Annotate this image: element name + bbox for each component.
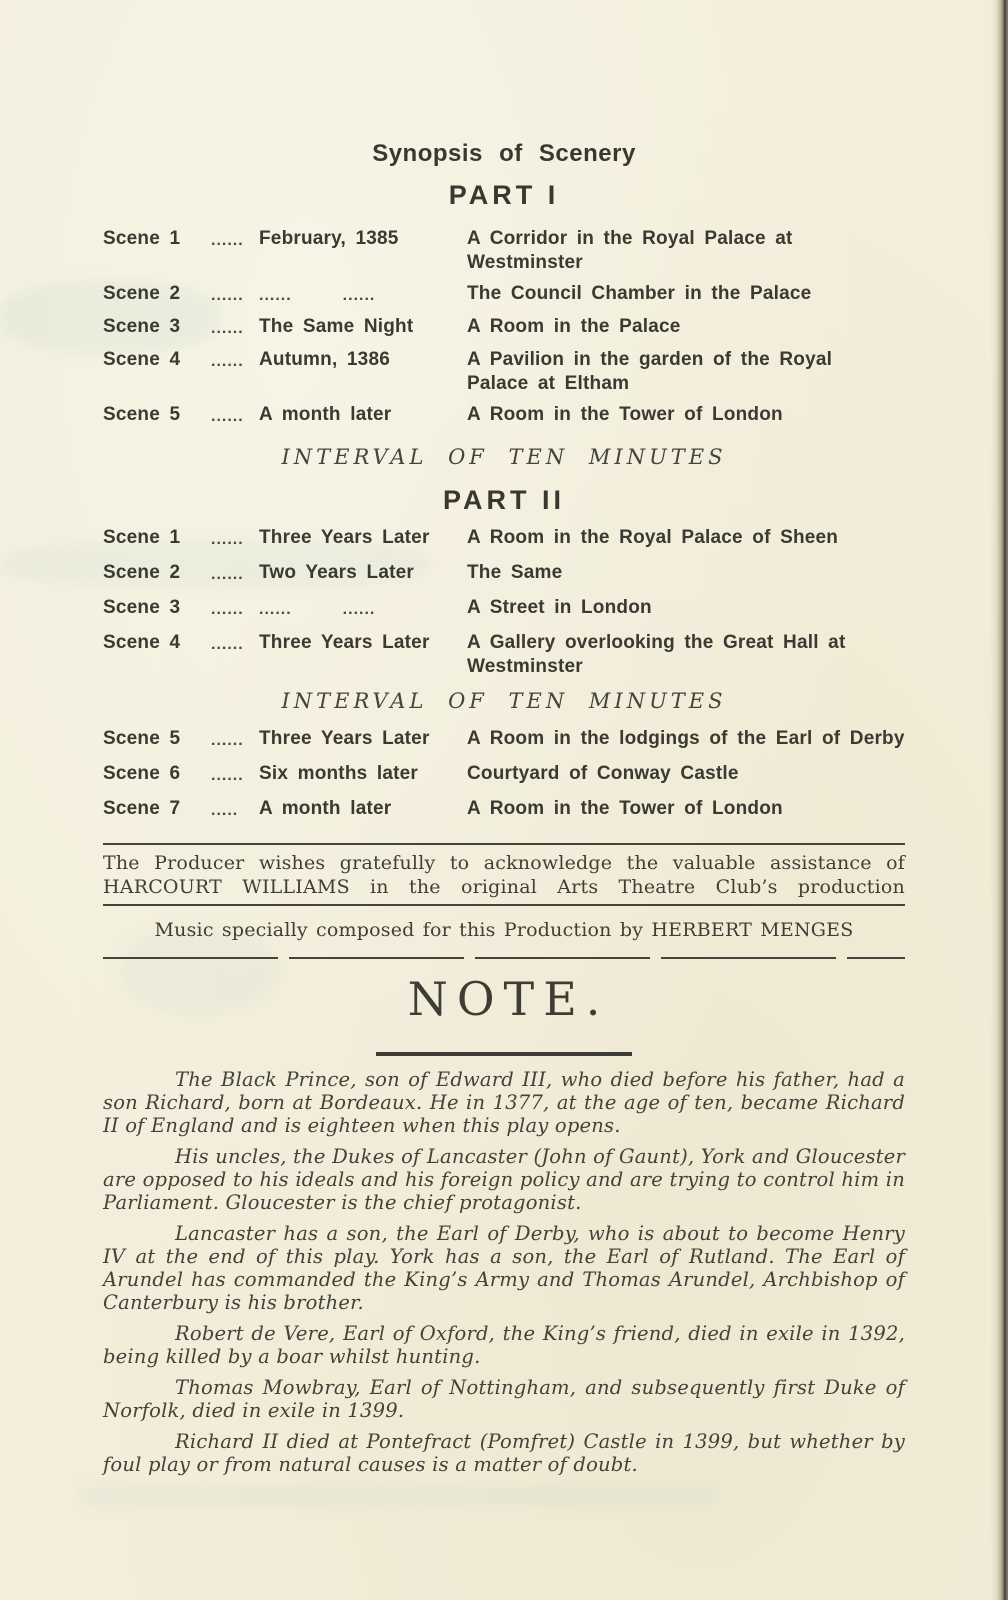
scene-time: Three Years Later (259, 631, 467, 679)
scene-label: Scene 7 (103, 797, 211, 823)
scene-location: The Council Chamber in the Palace (467, 282, 905, 308)
interval-text: INTERVAL OF TEN MINUTES (103, 445, 905, 469)
divider-rule (103, 843, 905, 845)
acknowledgement-text: The Producer wishes gratefully to acknow… (103, 851, 905, 899)
table-row: Scene 2 ...... Two Years Later The Same (103, 561, 905, 587)
note-paragraph: Lancaster has a son, the Earl of Derby, … (103, 1222, 905, 1314)
scene-time: Three Years Later (259, 526, 467, 552)
part2-scene-table: Scene 1 ...... Three Years Later A Room … (103, 526, 905, 679)
page-title: Synopsis of Scenery (103, 142, 905, 166)
leader-dots: ...... (211, 727, 259, 753)
note-paragraph: Robert de Vere, Earl of Oxford, the King… (103, 1322, 905, 1368)
scene-time: A month later (259, 403, 467, 429)
scene-time: The Same Night (259, 315, 467, 341)
table-row: Scene 1 ...... February, 1385 A Corridor… (103, 227, 905, 275)
scene-time: February, 1385 (259, 227, 467, 275)
page-showthrough-mark (80, 1488, 720, 1504)
part1-heading: PART I (103, 182, 905, 209)
note-paragraph: Thomas Mowbray, Earl of Nottingham, and … (103, 1376, 905, 1422)
leader-dots: ...... (211, 282, 259, 308)
scene-time: ...... ...... (259, 596, 467, 622)
leader-dots: ...... (211, 227, 259, 275)
table-row: Scene 5 ...... Three Years Later A Room … (103, 727, 905, 753)
part2-scene-table-continued: Scene 5 ...... Three Years Later A Room … (103, 727, 905, 823)
scene-label: Scene 4 (103, 348, 211, 396)
leader-dots: ...... (211, 596, 259, 622)
scene-label: Scene 1 (103, 227, 211, 275)
scene-label: Scene 3 (103, 596, 211, 622)
leader-dots: ..... (211, 797, 259, 823)
scene-label: Scene 6 (103, 762, 211, 788)
table-row: Scene 7 ..... A month later A Room in th… (103, 797, 905, 823)
divider-rule-dashed (103, 957, 905, 959)
scene-location: A Gallery overlooking the Great Hall at … (467, 631, 905, 679)
scene-label: Scene 3 (103, 315, 211, 341)
scene-location: A Corridor in the Royal Palace at Westmi… (467, 227, 905, 275)
table-row: Scene 4 ...... Three Years Later A Galle… (103, 631, 905, 679)
table-row: Scene 3 ...... ...... ...... A Street in… (103, 596, 905, 622)
scene-location: A Pavilion in the garden of the Royal Pa… (467, 348, 905, 396)
scene-label: Scene 2 (103, 282, 211, 308)
scene-time: Three Years Later (259, 727, 467, 753)
scanned-page-edge (990, 0, 1008, 1600)
note-paragraph: His uncles, the Dukes of Lancaster (John… (103, 1145, 905, 1214)
note-heading: NOTE. (103, 976, 905, 1022)
scene-time: Autumn, 1386 (259, 348, 467, 396)
leader-dots: ...... (211, 403, 259, 429)
table-row: Scene 5 ...... A month later A Room in t… (103, 403, 905, 429)
leader-dots: ...... (211, 315, 259, 341)
scene-location: A Room in the Tower of London (467, 797, 905, 823)
table-row: Scene 1 ...... Three Years Later A Room … (103, 526, 905, 552)
scene-label: Scene 5 (103, 403, 211, 429)
scene-label: Scene 2 (103, 561, 211, 587)
scene-location: A Room in the Royal Palace of Sheen (467, 526, 905, 552)
scene-time: A month later (259, 797, 467, 823)
leader-dots: ...... (211, 348, 259, 396)
note-body: The Black Prince, son of Edward III, who… (103, 1068, 905, 1476)
scene-time: Two Years Later (259, 561, 467, 587)
music-credit-text: Music specially composed for this Produc… (103, 918, 905, 942)
scene-time: ...... ...... (259, 282, 467, 308)
table-row: Scene 6 ...... Six months later Courtyar… (103, 762, 905, 788)
scene-label: Scene 5 (103, 727, 211, 753)
table-row: Scene 3 ...... The Same Night A Room in … (103, 315, 905, 341)
leader-dots: ...... (211, 561, 259, 587)
scene-location: A Room in the Palace (467, 315, 905, 341)
divider-rule (103, 904, 905, 906)
scene-location: The Same (467, 561, 905, 587)
leader-dots: ...... (211, 762, 259, 788)
leader-dots: ...... (211, 526, 259, 552)
leader-dots: ...... (211, 631, 259, 679)
scene-label: Scene 1 (103, 526, 211, 552)
part1-scene-table: Scene 1 ...... February, 1385 A Corridor… (103, 227, 905, 429)
note-paragraph: The Black Prince, son of Edward III, who… (103, 1068, 905, 1137)
scene-location: Courtyard of Conway Castle (467, 762, 905, 788)
scene-label: Scene 4 (103, 631, 211, 679)
note-heading-rule (376, 1052, 632, 1056)
note-paragraph: Richard II died at Pontefract (Pomfret) … (103, 1430, 905, 1476)
interval-text: INTERVAL OF TEN MINUTES (103, 689, 905, 713)
scene-time: Six months later (259, 762, 467, 788)
table-row: Scene 4 ...... Autumn, 1386 A Pavilion i… (103, 348, 905, 396)
table-row: Scene 2 ...... ...... ...... The Council… (103, 282, 905, 308)
scene-location: A Room in the Tower of London (467, 403, 905, 429)
part2-heading: PART II (103, 487, 905, 514)
scene-location: A Room in the lodgings of the Earl of De… (467, 727, 905, 753)
programme-page: Synopsis of Scenery PART I Scene 1 .....… (0, 0, 1008, 1476)
scene-location: A Street in London (467, 596, 905, 622)
